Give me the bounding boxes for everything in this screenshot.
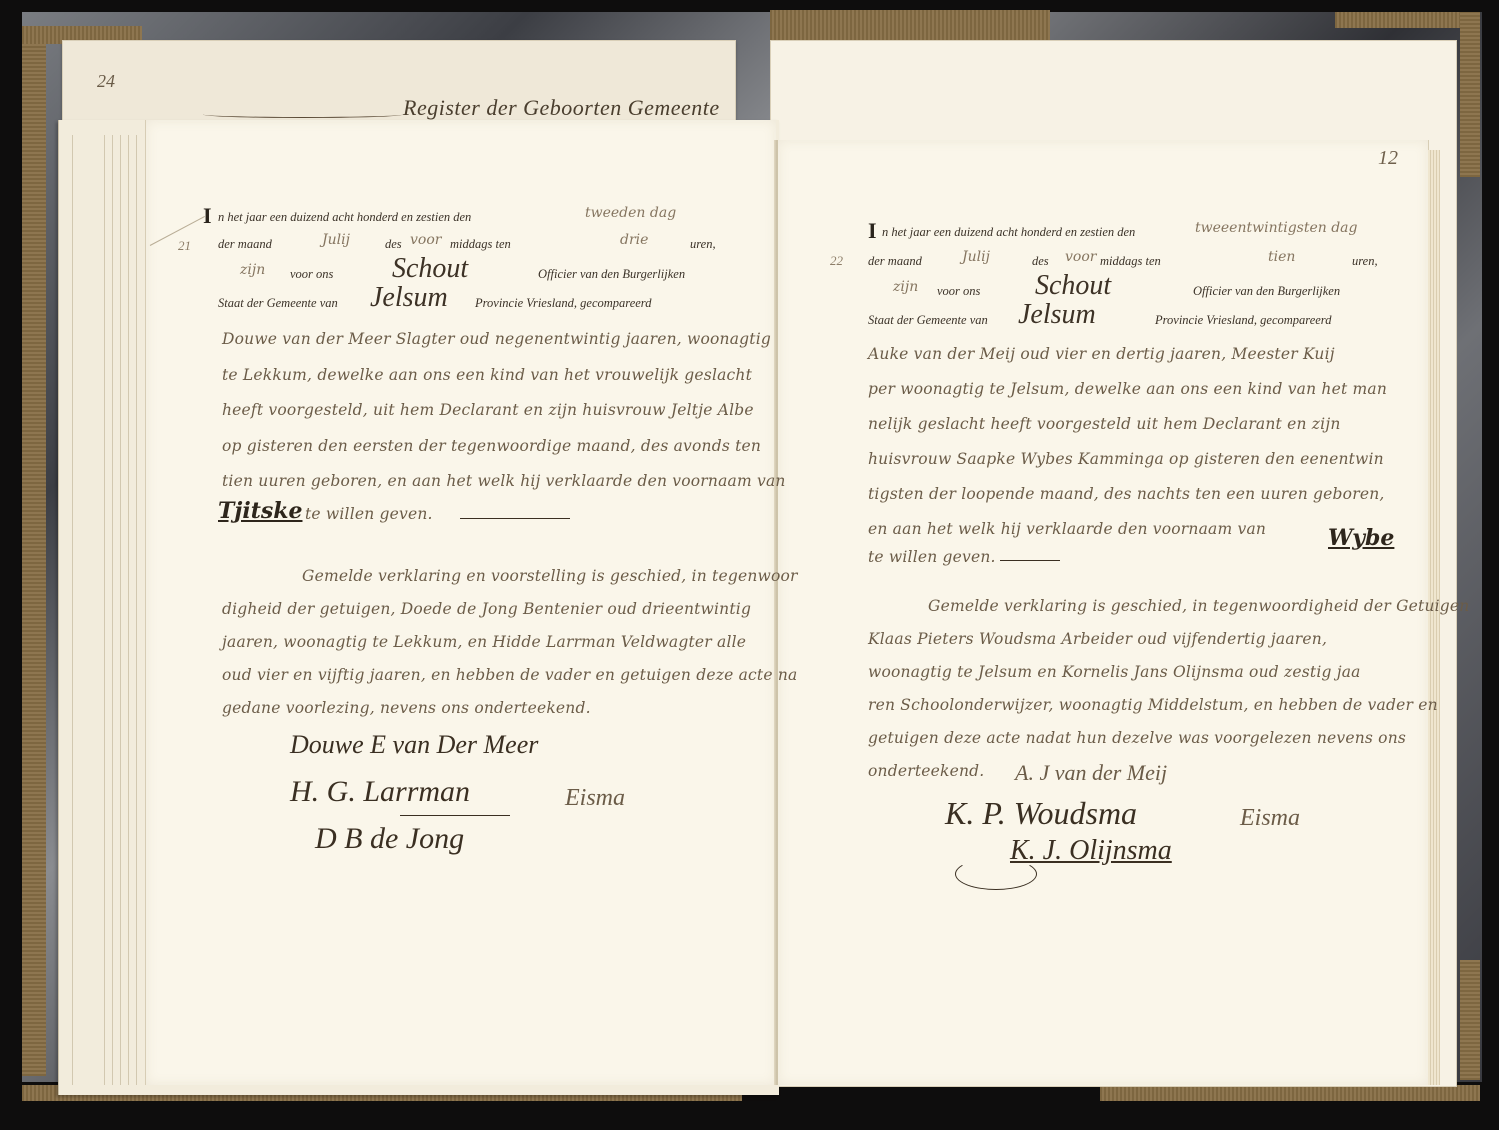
body-line: te Lekkum, dewelke aan ons een kind van …: [222, 358, 786, 394]
form-label-middags: middags ten: [450, 237, 511, 252]
hand-day: tweeden dag: [585, 205, 676, 221]
signature-witness-2: K. J. Olijnsma: [1010, 835, 1172, 867]
drop-cap: I: [868, 218, 877, 244]
flourish-line: [203, 111, 403, 118]
cloth-edge-right: [1460, 12, 1480, 177]
witness-line: Gemelde verklaring en voorstelling is ge…: [222, 560, 798, 593]
form-line-1: n het jaar een duizend acht honderd en z…: [218, 210, 471, 225]
form-label-des: des: [385, 237, 402, 252]
hand-ampm: voor: [1065, 249, 1096, 265]
body-line: op gisteren den eersten der tegenwoordig…: [222, 429, 786, 465]
form-label-month: der maand: [868, 254, 922, 269]
form-label-uren: uren,: [1352, 254, 1378, 269]
page-edge: [136, 135, 137, 1085]
form-label-uren: uren,: [690, 237, 716, 252]
closing-rule: [460, 518, 570, 519]
cloth-spine-left: [22, 26, 46, 1076]
closing-line: te willen geven.: [305, 505, 433, 523]
body-line: huisvrouw Saapke Wybes Kamminga op giste…: [868, 442, 1387, 477]
body-line: nelijk geslacht heeft voorgesteld uit he…: [868, 407, 1387, 442]
body-line: heeft voorgesteld, uit hem Declarant en …: [222, 393, 786, 429]
hand-title: Schout: [392, 253, 468, 285]
witness-line: Gemelde verklaring is geschied, in tegen…: [868, 590, 1469, 623]
hand-hour: drie: [620, 232, 648, 248]
cloth-spine-top: [770, 10, 1050, 40]
loose-sheet-title: Register der Geboorten Gemeente: [403, 95, 720, 121]
hand-title: Schout: [1035, 270, 1111, 302]
witness-line: oud vier en vijftig jaaren, en hebben de…: [222, 659, 798, 692]
margin-entry-number: 21: [178, 238, 191, 254]
hand-hour: tien: [1268, 249, 1295, 265]
hand-zijn: zijn: [240, 262, 265, 278]
entry-body: Douwe van der Meer Slagter oud negenentw…: [222, 322, 786, 500]
hand-month: Julij: [322, 232, 350, 248]
form-label-des: des: [1032, 254, 1049, 269]
body-line: en aan het welk hij verklaarde den voorn…: [868, 512, 1387, 547]
witness-line: ren Schoolonderwijzer, woonagtig Middels…: [868, 689, 1469, 722]
form-line-1: n het jaar een duizend acht honderd en z…: [882, 225, 1135, 240]
witness-line: gedane voorlezing, nevens ons onderteeke…: [222, 692, 798, 725]
page-edge: [120, 135, 121, 1085]
drop-cap: I: [203, 203, 212, 229]
witness-line: onderteekend.: [868, 755, 1469, 788]
signature-official: Eisma: [565, 785, 625, 812]
body-line: Douwe van der Meer Slagter oud negenentw…: [222, 322, 786, 358]
hand-place: Jelsum: [1018, 299, 1096, 331]
witness-line: digheid der getuigen, Doede de Jong Bent…: [222, 593, 798, 626]
entry-body: Auke van der Meij oud vier en dertig jaa…: [868, 337, 1387, 547]
witness-line: woonagtig te Jelsum en Kornelis Jans Oli…: [868, 656, 1469, 689]
cloth-corner-bottom-right: [1460, 960, 1480, 1080]
child-name: Tjitske: [218, 498, 302, 524]
witness-block: Gemelde verklaring en voorstelling is ge…: [222, 560, 798, 725]
witness-line: Klaas Pieters Woudsma Arbeider oud vijfe…: [868, 623, 1469, 656]
form-label-officier: Officier van den Burgerlijken: [538, 267, 685, 282]
witness-line: jaaren, woonagtig te Lekkum, en Hidde La…: [222, 626, 798, 659]
page-edge: [72, 135, 73, 1085]
body-line: tigsten der loopende maand, des nachts t…: [868, 477, 1387, 512]
hand-month: Julij: [962, 249, 990, 265]
form-label-provincie: Provincie Vriesland, gecompareerd: [475, 296, 651, 311]
form-label-month: der maand: [218, 237, 272, 252]
cloth-corner-top-right: [1335, 12, 1480, 28]
signature-father: A. J van der Meij: [1015, 760, 1167, 786]
signature-witness-2: D B de Jong: [315, 822, 464, 856]
signature-father: Douwe E van Der Meer: [290, 730, 538, 760]
page-number: 12: [1378, 147, 1398, 170]
cloth-edge-bottom-right: [1100, 1085, 1480, 1101]
signature-flourish: [955, 858, 1037, 890]
loose-sheet-page-number: 24: [97, 71, 115, 92]
closing-line: te willen geven.: [868, 548, 996, 566]
body-line: Auke van der Meij oud vier en dertig jaa…: [868, 337, 1387, 372]
witness-line: getuigen deze acte nadat hun dezelve was…: [868, 722, 1469, 755]
form-label-staat: Staat der Gemeente van: [218, 296, 338, 311]
signature-official: Eisma: [1240, 805, 1300, 832]
form-label-officier: Officier van den Burgerlijken: [1193, 284, 1340, 299]
signature-flourish: [400, 815, 510, 816]
body-line: tien uuren geboren, en aan het welk hij …: [222, 464, 786, 500]
body-line: per woonagtig te Jelsum, dewelke aan ons…: [868, 372, 1387, 407]
form-label-provincie: Provincie Vriesland, gecompareerd: [1155, 313, 1331, 328]
closing-rule: [1000, 560, 1060, 561]
form-label-middags: middags ten: [1100, 254, 1161, 269]
signature-witness-1: H. G. Larrman: [290, 775, 470, 809]
form-label-staat: Staat der Gemeente van: [868, 313, 988, 328]
hand-ampm: voor: [410, 232, 441, 248]
margin-entry-number: 22: [830, 253, 843, 269]
hand-zijn: zijn: [893, 279, 918, 295]
signature-witness-1: K. P. Woudsma: [945, 795, 1137, 832]
form-label-voor-ons: voor ons: [290, 267, 333, 282]
page-edge: [128, 135, 129, 1085]
page-edge: [104, 135, 105, 1085]
form-label-voor-ons: voor ons: [937, 284, 980, 299]
hand-place: Jelsum: [370, 282, 448, 314]
child-name: Wybe: [1328, 525, 1394, 551]
page-edge: [112, 135, 113, 1085]
hand-day: tweeentwintigsten dag: [1195, 220, 1357, 236]
witness-block: Gemelde verklaring is geschied, in tegen…: [868, 590, 1469, 788]
